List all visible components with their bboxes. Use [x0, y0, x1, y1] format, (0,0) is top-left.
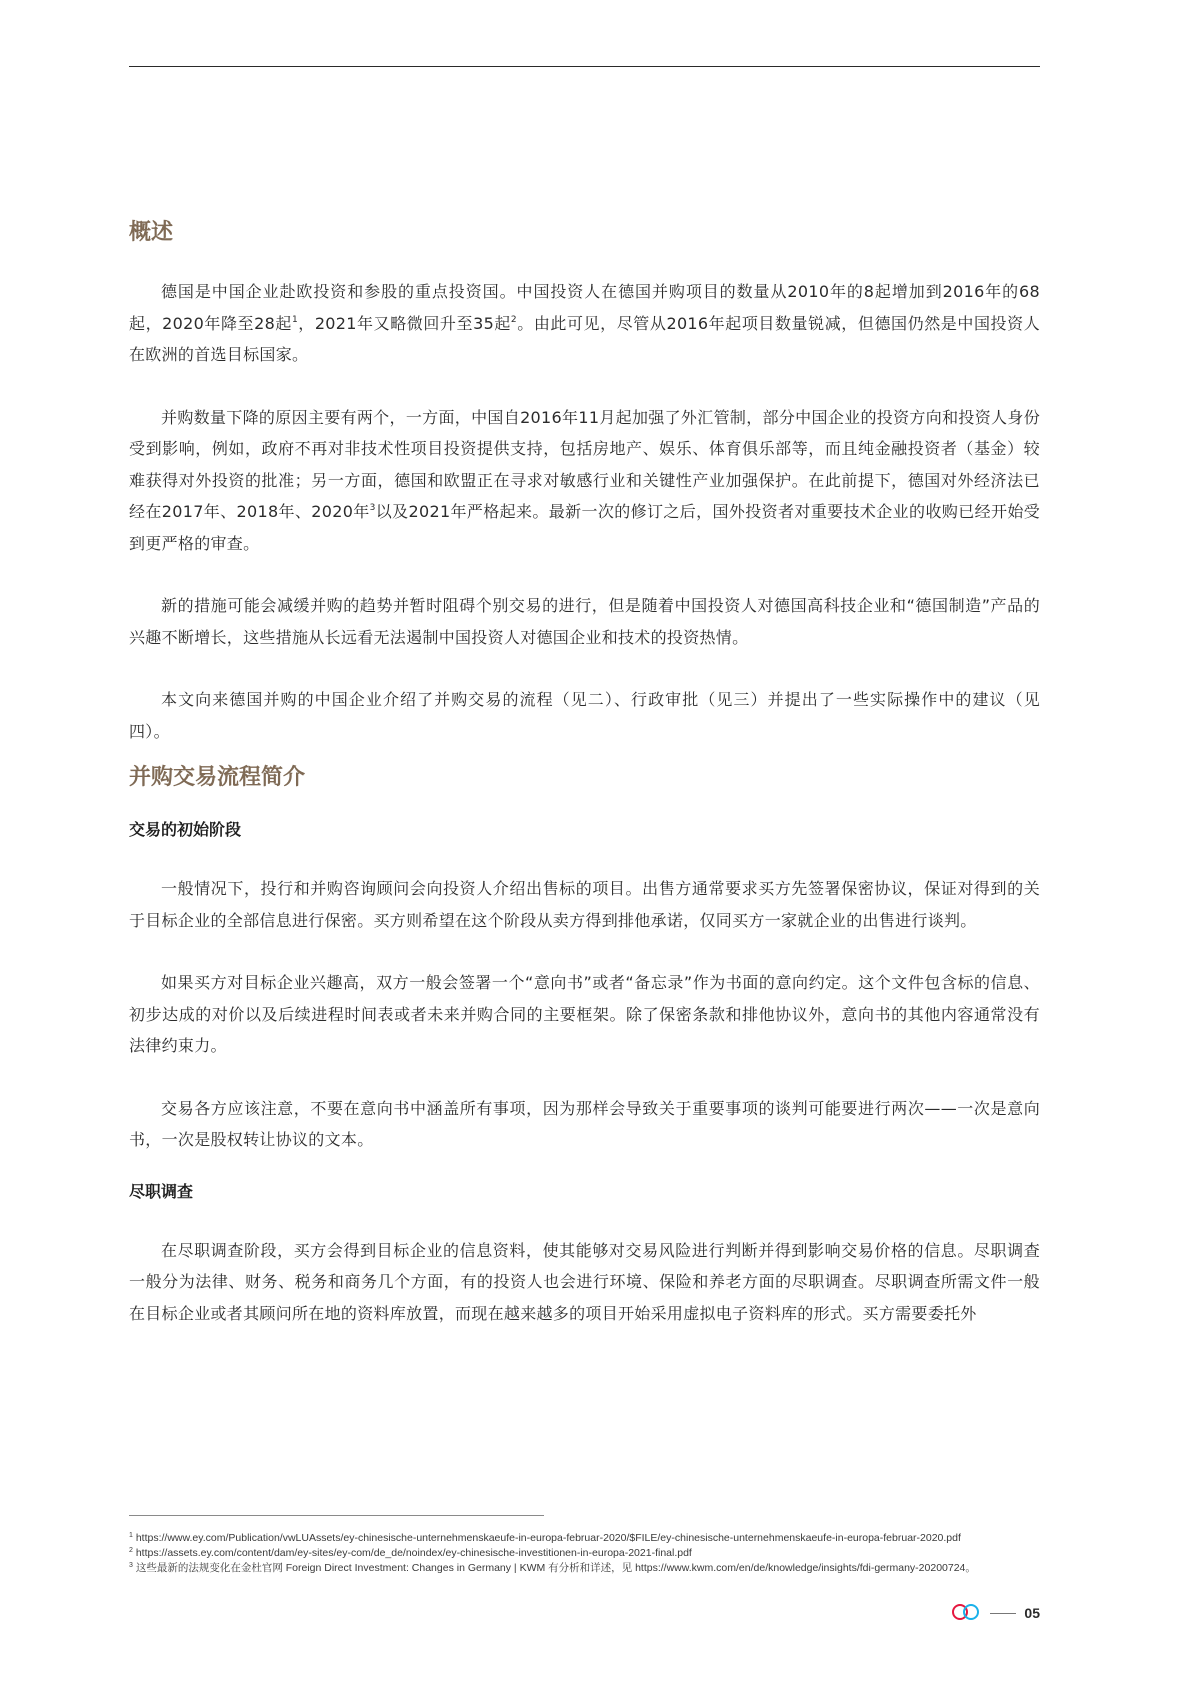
paragraph-initial-stage-3: 交易各方应该注意，不要在意向书中涵盖所有事项，因为那样会导致关于重要事项的谈判可… — [129, 1093, 1040, 1156]
paragraph-initial-stage-2: 如果买方对目标企业兴趣高，双方一般会签署一个“意向书”或者“备忘录”作为书面的意… — [129, 967, 1040, 1062]
page-content: 概述 德国是中国企业赴欧投资和参股的重点投资国。中国投资人在德国并购项目的数量从… — [129, 216, 1040, 1329]
paragraph-overview-3: 新的措施可能会减缓并购的趋势并暂时阻碍个别交易的进行，但是随着中国投资人对德国高… — [129, 590, 1040, 653]
footnote-separator — [129, 1515, 544, 1516]
footnote-3-text: 这些最新的法规变化在金杜官网 Foreign Direct Investment… — [136, 1562, 976, 1574]
paragraph-overview-2: 并购数量下降的原因主要有两个，一方面，中国自2016年11月起加强了外汇管制，部… — [129, 402, 1040, 560]
paragraph-initial-stage-1: 一般情况下，投行和并购咨询顾问会向投资人介绍出售标的项目。出售方通常要求买方先签… — [129, 873, 1040, 936]
section-title-ma-process: 并购交易流程简介 — [129, 761, 1040, 795]
footnote-2: 2 https://assets.ey.com/content/dam/ey-s… — [129, 1546, 1089, 1561]
footnote-1-link[interactable]: https://www.ey.com/Publication/vwLUAsset… — [136, 1532, 961, 1544]
subsection-title-due-diligence: 尽职调查 — [129, 1179, 1040, 1205]
paragraph-overview-1: 德国是中国企业赴欧投资和参股的重点投资国。中国投资人在德国并购项目的数量从201… — [129, 276, 1040, 371]
footnote-3: 3 这些最新的法规变化在金杜官网 Foreign Direct Investme… — [129, 1561, 1089, 1576]
blue-ring-icon — [963, 1604, 979, 1620]
section-title-overview: 概述 — [129, 216, 1040, 250]
paragraph-overview-4: 本文向来德国并购的中国企业介绍了并购交易的流程（见二）、行政审批（见三）并提出了… — [129, 684, 1040, 747]
footer-dash — [990, 1613, 1016, 1614]
footnote-2-link[interactable]: https://assets.ey.com/content/dam/ey-sit… — [136, 1547, 692, 1559]
header-rule — [129, 66, 1040, 67]
paragraph-due-diligence-1: 在尽职调查阶段，买方会得到目标企业的信息资料，使其能够对交易风险进行判断并得到影… — [129, 1235, 1040, 1330]
subsection-title-initial-stage: 交易的初始阶段 — [129, 817, 1040, 843]
footnote-1: 1 https://www.ey.com/Publication/vwLUAss… — [129, 1531, 1089, 1546]
page-number: 05 — [1024, 1605, 1040, 1621]
two-interlocking-rings-icon — [950, 1603, 982, 1623]
page-footer: 05 — [950, 1603, 1040, 1623]
footnotes: 1 https://www.ey.com/Publication/vwLUAss… — [129, 1531, 1089, 1576]
